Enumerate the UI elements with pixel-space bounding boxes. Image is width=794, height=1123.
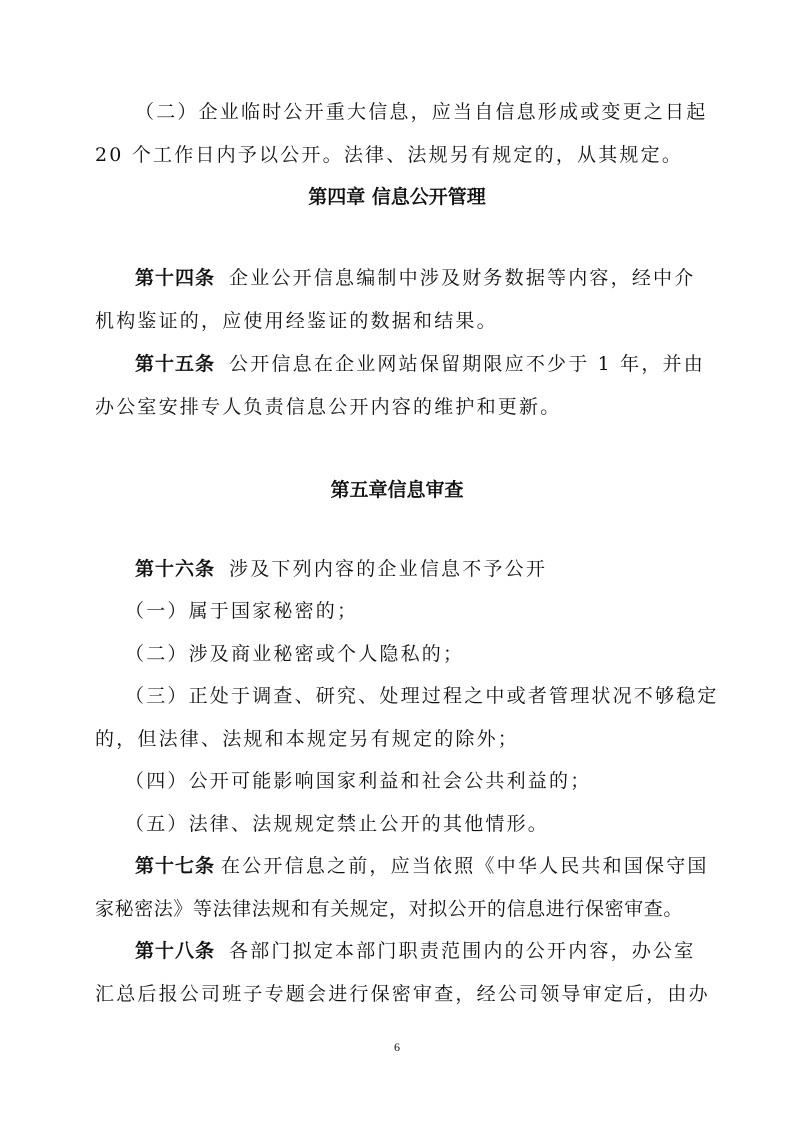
list-item-continuation: 的，但法律、法规和本规定另有规定的除外； (95, 727, 715, 751)
paragraph-line: 家秘密法》等法律法规和有关规定，对拟公开的信息进行保密审查。 (95, 897, 715, 921)
article-text: 公开信息在企业网站保留期限应不少于 1 年，并由 (229, 353, 705, 375)
article-text: 涉及下列内容的企业信息不予公开 (229, 558, 547, 580)
chapter-heading: 第五章信息审查 (0, 478, 794, 502)
chapter-heading: 第四章 信息公开管理 (0, 185, 794, 209)
list-item: （三）正处于调查、研究、处理过程之中或者管理状况不够稳定 (125, 684, 745, 708)
paragraph-line: 汇总后报公司班子专题会进行保密审查，经公司领导审定后，由办 (95, 982, 715, 1006)
article-17: 第十七条在公开信息之前，应当依照《中华人民共和国保守国 (135, 854, 755, 878)
list-item: （二）涉及商业秘密或个人隐私的； (125, 642, 745, 666)
article-text: 各部门拟定本部门职责范围内的公开内容，办公室 (229, 940, 695, 962)
article-18: 第十八条各部门拟定本部门职责范围内的公开内容，办公室 (135, 939, 755, 963)
article-16: 第十六条涉及下列内容的企业信息不予公开 (135, 557, 755, 581)
page-number: 6 (0, 1040, 794, 1055)
article-label: 第十四条 (135, 267, 215, 289)
article-label: 第十八条 (135, 940, 215, 962)
paragraph-line: （二）企业临时公开重大信息，应当自信息形成或变更之日起 (135, 100, 755, 124)
article-text: 在公开信息之前，应当依照《中华人民共和国保守国 (221, 855, 709, 877)
article-label: 第十七条 (135, 855, 215, 877)
paragraph-line: 机构鉴证的，应使用经鉴证的数据和结果。 (95, 309, 715, 333)
article-label: 第十五条 (135, 353, 215, 375)
article-label: 第十六条 (135, 558, 215, 580)
list-item: （四）公开可能影响国家利益和社会公共利益的； (125, 769, 745, 793)
article-text: 企业公开信息编制中涉及财务数据等内容，经中介 (229, 267, 695, 289)
list-item: （五）法律、法规规定禁止公开的其他情形。 (125, 812, 745, 836)
paragraph-line: 20 个工作日内予以公开。法律、法规另有规定的，从其规定。 (95, 143, 715, 167)
list-item: （一）属于国家秘密的； (125, 599, 745, 623)
article-15: 第十五条公开信息在企业网站保留期限应不少于 1 年，并由 (135, 352, 755, 376)
paragraph-line: 办公室安排专人负责信息公开内容的维护和更新。 (95, 395, 715, 419)
article-14: 第十四条企业公开信息编制中涉及财务数据等内容，经中介 (135, 266, 755, 290)
